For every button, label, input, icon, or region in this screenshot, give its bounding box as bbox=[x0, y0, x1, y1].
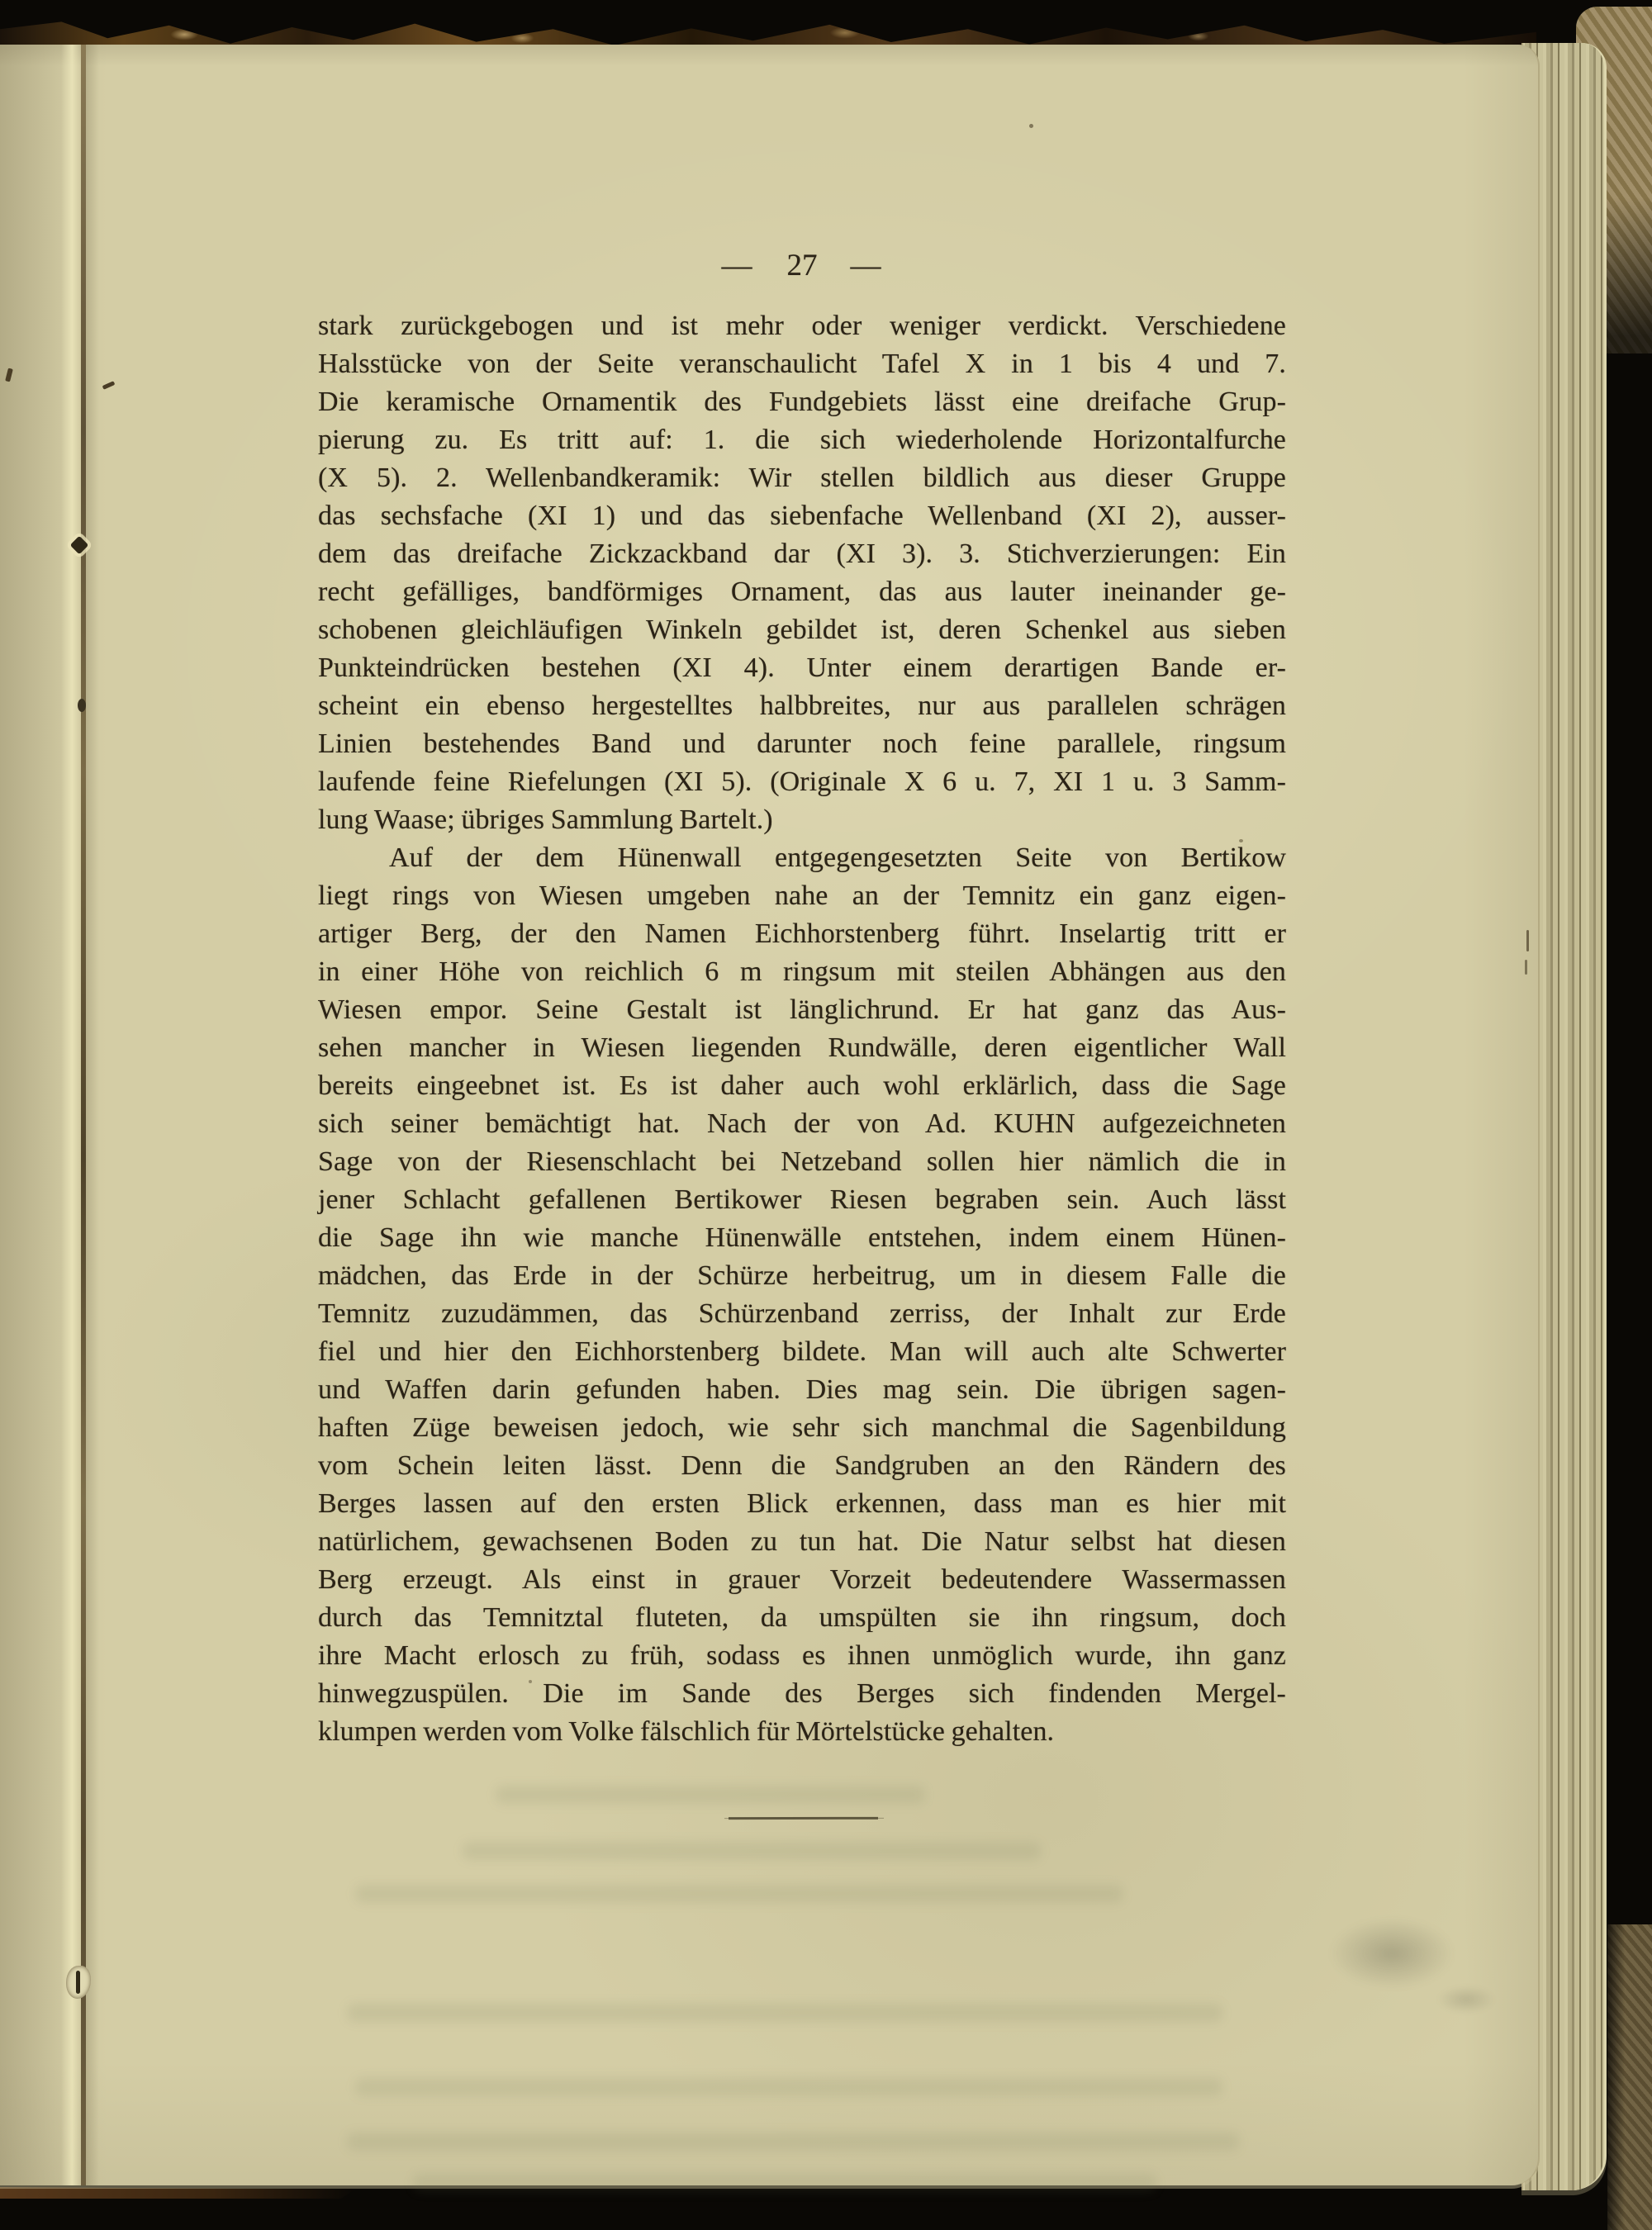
text-line: Berg erzeugt. Als einst in grauer Vorzei… bbox=[318, 1561, 1286, 1599]
text-line: das sechsfache (XI 1) und das siebenfach… bbox=[318, 497, 1286, 535]
text-line: Punkteindrücken bestehen (XI 4). Unter e… bbox=[318, 649, 1286, 687]
edge-mark bbox=[1525, 960, 1527, 975]
text-line: recht gefälliges, bandförmiges Ornament,… bbox=[318, 573, 1286, 611]
text-line: ihre Macht erlosch zu früh, sodass es ih… bbox=[318, 1637, 1286, 1675]
text-line: laufende feine Riefelungen (XI 5). (Orig… bbox=[318, 763, 1286, 801]
show-through bbox=[355, 1885, 1123, 1903]
ink-speck bbox=[1029, 124, 1033, 128]
header-dash-right: — bbox=[851, 249, 883, 282]
page-header: — 27 — bbox=[318, 249, 1286, 282]
text-line: Temnitz zuzudämmen, das Schürzenband zer… bbox=[318, 1295, 1286, 1333]
binding-cloth-bottom-right bbox=[1607, 1924, 1652, 2230]
page-number: 27 bbox=[787, 249, 818, 282]
text-line: artiger Berg, der den Namen Eichhorstenb… bbox=[318, 915, 1286, 953]
text-line: Sage von der Riesenschlacht bei Netzeban… bbox=[318, 1143, 1286, 1181]
show-through bbox=[413, 2174, 1156, 2192]
gutter-ridge bbox=[61, 45, 81, 2185]
text-line: Die keramische Ornamentik des Fundgebiet… bbox=[318, 383, 1286, 421]
text-line: Halsstücke von der Seite veranschaulicht… bbox=[318, 345, 1286, 383]
text-line: dem das dreifache Zickzackband dar (XI 3… bbox=[318, 535, 1286, 573]
text-line: mädchen, das Erde in der Schürze herbeit… bbox=[318, 1257, 1286, 1295]
section-divider bbox=[729, 1817, 878, 1820]
text-line: scheint ein ebenso hergestelltes halbbre… bbox=[318, 687, 1286, 725]
text-line: Linien bestehendes Band und darunter noc… bbox=[318, 725, 1286, 763]
pencil-smudge bbox=[1437, 1986, 1495, 2014]
show-through bbox=[347, 2133, 1239, 2151]
text-line: sich seiner bemächtigt hat. Nach der von… bbox=[318, 1105, 1286, 1143]
text-line: schobenen gleichläufigen Winkeln gebilde… bbox=[318, 611, 1286, 649]
text-line: vom Schein leiten lässt. Denn die Sandgr… bbox=[318, 1447, 1286, 1485]
header-dash-left: — bbox=[722, 249, 754, 282]
text-line: durch das Temnitztal fluteten, da umspül… bbox=[318, 1599, 1286, 1637]
page: — 27 — stark zurückgebogen und ist mehr … bbox=[0, 45, 1540, 2185]
ink-speck bbox=[102, 381, 116, 390]
text-line: lung Waase; übriges Sammlung Bartelt.) bbox=[318, 801, 1286, 839]
text-line: liegt rings von Wiesen umgeben nahe an d… bbox=[318, 877, 1286, 915]
text-line: natürlichem, gewachsenen Boden zu tun ha… bbox=[318, 1523, 1286, 1561]
book-photo: — 27 — stark zurückgebogen und ist mehr … bbox=[0, 0, 1652, 2230]
edge-mark bbox=[1526, 930, 1529, 951]
text-line: Berges lassen auf den ersten Blick erken… bbox=[318, 1485, 1286, 1523]
text-line: und Waffen darin gefunden haben. Dies ma… bbox=[318, 1371, 1286, 1409]
text-line: pierung zu. Es tritt auf: 1. die sich wi… bbox=[318, 421, 1286, 459]
text-line: Auf der dem Hünenwall entgegengesetzten … bbox=[318, 839, 1286, 877]
sewing-hole bbox=[78, 699, 86, 712]
show-through bbox=[463, 1842, 1041, 1860]
text-line: in einer Höhe von reichlich 6 m ringsum … bbox=[318, 953, 1286, 991]
cover-edge-bottom bbox=[0, 2187, 355, 2199]
text-line: (X 5). 2. Wellenbandkeramik: Wir stellen… bbox=[318, 459, 1286, 497]
text-line: haften Züge beweisen jedoch, wie sehr si… bbox=[318, 1409, 1286, 1447]
text-line: stark zurückgebogen und ist mehr oder we… bbox=[318, 307, 1286, 345]
text-line: fiel und hier den Eichhorstenberg bildet… bbox=[318, 1333, 1286, 1371]
text-line: sehen mancher in Wiesen liegenden Rundwä… bbox=[318, 1029, 1286, 1067]
gutter-shadow bbox=[0, 45, 64, 2185]
show-through bbox=[347, 2004, 1222, 2022]
text-line: hinwegzuspülen. Die im Sande des Berges … bbox=[318, 1675, 1286, 1713]
pencil-smudge bbox=[1330, 1918, 1454, 1989]
text-line: jener Schlacht gefallenen Bertikower Rie… bbox=[318, 1181, 1286, 1219]
text-line: bereits eingeebnet ist. Es ist daher auc… bbox=[318, 1067, 1286, 1105]
text-block: stark zurückgebogen und ist mehr oder we… bbox=[318, 307, 1286, 1751]
text-line: Wiesen empor. Seine Gestalt ist länglich… bbox=[318, 991, 1286, 1029]
show-through bbox=[355, 2078, 1222, 2096]
gutter-fold-shadow bbox=[86, 45, 99, 2185]
show-through bbox=[496, 1786, 925, 1804]
text-line: klumpen werden vom Volke fälschlich für … bbox=[318, 1713, 1286, 1751]
text-line: die Sage ihn wie manche Hünenwälle entst… bbox=[318, 1219, 1286, 1257]
